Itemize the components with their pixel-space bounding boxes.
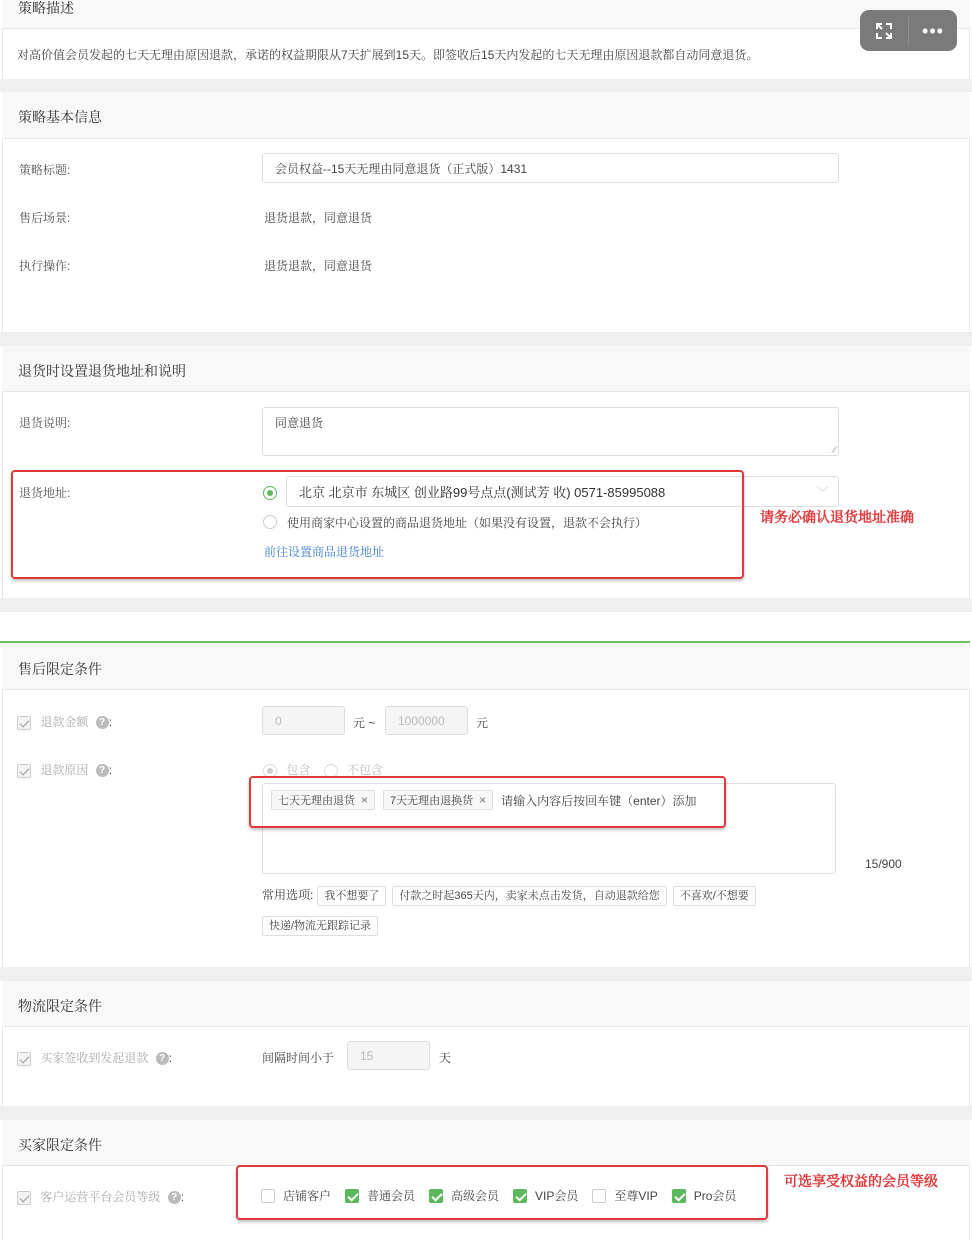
logistics-title: 物流限定条件 (18, 996, 102, 1016)
chevron-down-icon: ﹀ (817, 484, 828, 500)
goto-set-address-link[interactable]: 前往设置商品退货地址 (264, 543, 384, 560)
amount-label-group: 退款金额 ?: (17, 713, 112, 730)
member-level-option-label: 高级会员 (451, 1187, 499, 1204)
image-overlay-toolbar: ••• (860, 10, 957, 51)
return-address-header: 退货时设置退货地址和说明 (2, 346, 970, 392)
expand-icon (874, 21, 894, 41)
scene-label: 售后场景: (19, 209, 70, 226)
expand-button[interactable] (860, 10, 908, 51)
reason-label: 退款原因 (40, 763, 88, 777)
common-options-label: 常用选项: (262, 888, 313, 902)
logistics-checkbox[interactable] (17, 1052, 31, 1066)
reason-checkbox[interactable] (17, 764, 31, 778)
aftersale-header: 售后限定条件 (2, 643, 970, 690)
member-level-option-label: 普通会员 (367, 1187, 415, 1204)
strategy-desc-header: 策略描述 (2, 0, 970, 29)
address-select-value: 北京 北京市 东城区 创业路99号点点(测试芳 收) 0571-85995088 (299, 482, 665, 501)
logistics-header: 物流限定条件 (2, 981, 970, 1027)
logistics-label: 买家签收到发起退款 (40, 1051, 148, 1065)
member-level-option-label: 店铺客户 (283, 1187, 331, 1204)
amount-min-input[interactable]: 0 (262, 706, 345, 735)
reason-tag: 七天无理由退货× (271, 790, 375, 810)
member-level-option-label: 至尊VIP (614, 1187, 657, 1204)
member-level-option[interactable]: VIP会员 (513, 1187, 578, 1204)
return-address-title: 退货时设置退货地址和说明 (18, 361, 186, 381)
amount-checkbox[interactable] (17, 716, 31, 730)
strategy-desc-panel: 对高价值会员发起的七天无理由原因退款，承诺的权益期限从7天扩展到15天。即签收后… (2, 29, 970, 79)
address-select[interactable]: 北京 北京市 东城区 创业路99号点点(测试芳 收) 0571-85995088… (286, 476, 839, 507)
basic-info-panel: 策略标题: 会员权益--15天无理由同意退货（正式版）1431 售后场景: 退货… (2, 139, 970, 332)
close-icon[interactable]: × (361, 793, 368, 807)
strategy-desc-title: 策略描述 (18, 0, 74, 18)
member-level-option[interactable]: Pro会员 (672, 1187, 737, 1204)
amount-unit: 元 (476, 714, 488, 731)
action-label: 执行操作: (19, 257, 70, 274)
member-level-option-label: VIP会员 (535, 1187, 578, 1204)
resize-handle-icon[interactable]: ⁄⁄ (833, 445, 836, 455)
basic-info-title: 策略基本信息 (18, 107, 102, 127)
member-level-checkbox[interactable] (261, 1189, 275, 1203)
char-counter: 15/900 (865, 857, 902, 871)
title-label: 策略标题: (19, 161, 70, 178)
amount-max-input[interactable]: 1000000 (385, 706, 468, 735)
address-radio-selected[interactable] (263, 486, 277, 500)
close-icon[interactable]: × (479, 793, 486, 807)
exclude-radio[interactable] (324, 764, 338, 778)
logistics-label-group: 买家签收到发起退款 ?: (17, 1049, 172, 1066)
return-desc-value: 同意退货 (275, 414, 323, 431)
section-gap (0, 598, 972, 612)
return-desc-label: 退货说明: (19, 414, 70, 431)
reason-mode-group: 包含 不包含 (263, 761, 383, 778)
tag-input-placeholder[interactable]: 请输入内容后按回车键（enter）添加 (501, 792, 696, 809)
common-option[interactable]: 快递/物流无跟踪记录 (262, 916, 378, 936)
reason-tag-label: 7天无理由退换货 (390, 792, 473, 808)
return-desc-textarea[interactable]: 同意退货 ⁄⁄ (262, 407, 839, 456)
merchant-address-label[interactable]: 使用商家中心设置的商品退货地址（如果没有设置，退款不会执行） (287, 514, 647, 531)
member-level-label: 客户运营平台会员等级 (40, 1190, 160, 1204)
member-level-checkbox[interactable] (429, 1189, 443, 1203)
more-button[interactable]: ••• (909, 10, 957, 51)
reason-tag-label: 七天无理由退货 (278, 792, 355, 808)
amount-separator: 元 ~ (353, 714, 375, 731)
section-gap (0, 79, 972, 92)
common-option[interactable]: 付款之时起365天内，卖家未点击发货，自动退款给您 (392, 886, 666, 906)
reason-label-group: 退款原因 ?: (17, 761, 112, 778)
help-icon[interactable]: ? (156, 1052, 169, 1065)
title-input[interactable]: 会员权益--15天无理由同意退货（正式版）1431 (262, 153, 839, 183)
action-value: 退货退款，同意退货 (264, 257, 372, 274)
common-option[interactable]: 我不想要了 (317, 886, 386, 906)
exclude-label: 不包含 (347, 763, 383, 777)
aftersale-panel: 退款金额 ?: 0 元 ~ 1000000 元 退款原因 ?: 包含 不包含 七… (2, 690, 970, 967)
return-address-panel: 退货说明: 同意退货 ⁄⁄ 退货地址: 北京 北京市 东城区 创业路99号点点(… (2, 392, 970, 598)
merchant-address-radio[interactable] (263, 515, 277, 529)
scene-value: 退货退款，同意退货 (264, 209, 372, 226)
basic-info-header: 策略基本信息 (2, 92, 970, 139)
member-level-label-group: 客户运营平台会员等级 ?: (17, 1188, 184, 1205)
buyer-title: 买家限定条件 (18, 1135, 102, 1155)
member-level-option[interactable]: 普通会员 (345, 1187, 415, 1204)
amount-label: 退款金额 (40, 715, 88, 729)
return-address-label: 退货地址: (19, 484, 70, 501)
member-level-checkbox[interactable] (672, 1189, 686, 1203)
section-gap (0, 1106, 972, 1120)
include-radio[interactable] (263, 764, 277, 778)
strategy-desc-text: 对高价值会员发起的七天无理由原因退款，承诺的权益期限从7天扩展到15天。即签收后… (17, 46, 758, 63)
section-gap (0, 967, 972, 981)
interval-days-input[interactable]: 15 (347, 1041, 430, 1070)
include-label: 包含 (286, 763, 310, 777)
reason-tag-input[interactable]: 七天无理由退货× 7天无理由退换货× 请输入内容后按回车键（enter）添加 (262, 783, 836, 874)
member-level-option[interactable]: 至尊VIP (592, 1187, 657, 1204)
member-level-options: 店铺客户普通会员高级会员VIP会员至尊VIPPro会员 (261, 1187, 750, 1204)
common-options: 常用选项:我不想要了付款之时起365天内，卖家未点击发货，自动退款给您不喜欢/不… (262, 880, 822, 940)
help-icon[interactable]: ? (168, 1191, 181, 1204)
interval-prefix: 间隔时间小于 (262, 1049, 334, 1066)
help-icon[interactable]: ? (96, 764, 109, 777)
help-icon[interactable]: ? (96, 716, 109, 729)
address-annotation: 请务必确认退货地址准确 (760, 507, 914, 527)
common-option[interactable]: 不喜欢/不想要 (673, 886, 756, 906)
interval-unit: 天 (439, 1049, 451, 1066)
more-icon: ••• (922, 22, 944, 40)
member-level-option[interactable]: 高级会员 (429, 1187, 499, 1204)
member-level-checkbox[interactable] (345, 1189, 359, 1203)
member-level-checkbox[interactable] (592, 1189, 606, 1203)
reason-tag: 7天无理由退换货× (383, 790, 493, 810)
section-gap (0, 332, 972, 346)
member-level-option-label: Pro会员 (694, 1187, 737, 1204)
logistics-panel: 买家签收到发起退款 ?: 间隔时间小于 15 天 (2, 1027, 970, 1106)
member-level-option[interactable]: 店铺客户 (261, 1187, 331, 1204)
buyer-header: 买家限定条件 (2, 1120, 970, 1166)
aftersale-title: 售后限定条件 (18, 659, 102, 679)
member-level-annotation: 可选享受权益的会员等级 (784, 1171, 938, 1191)
member-level-checkbox[interactable] (513, 1189, 527, 1203)
member-level-checkbox[interactable] (17, 1191, 31, 1205)
